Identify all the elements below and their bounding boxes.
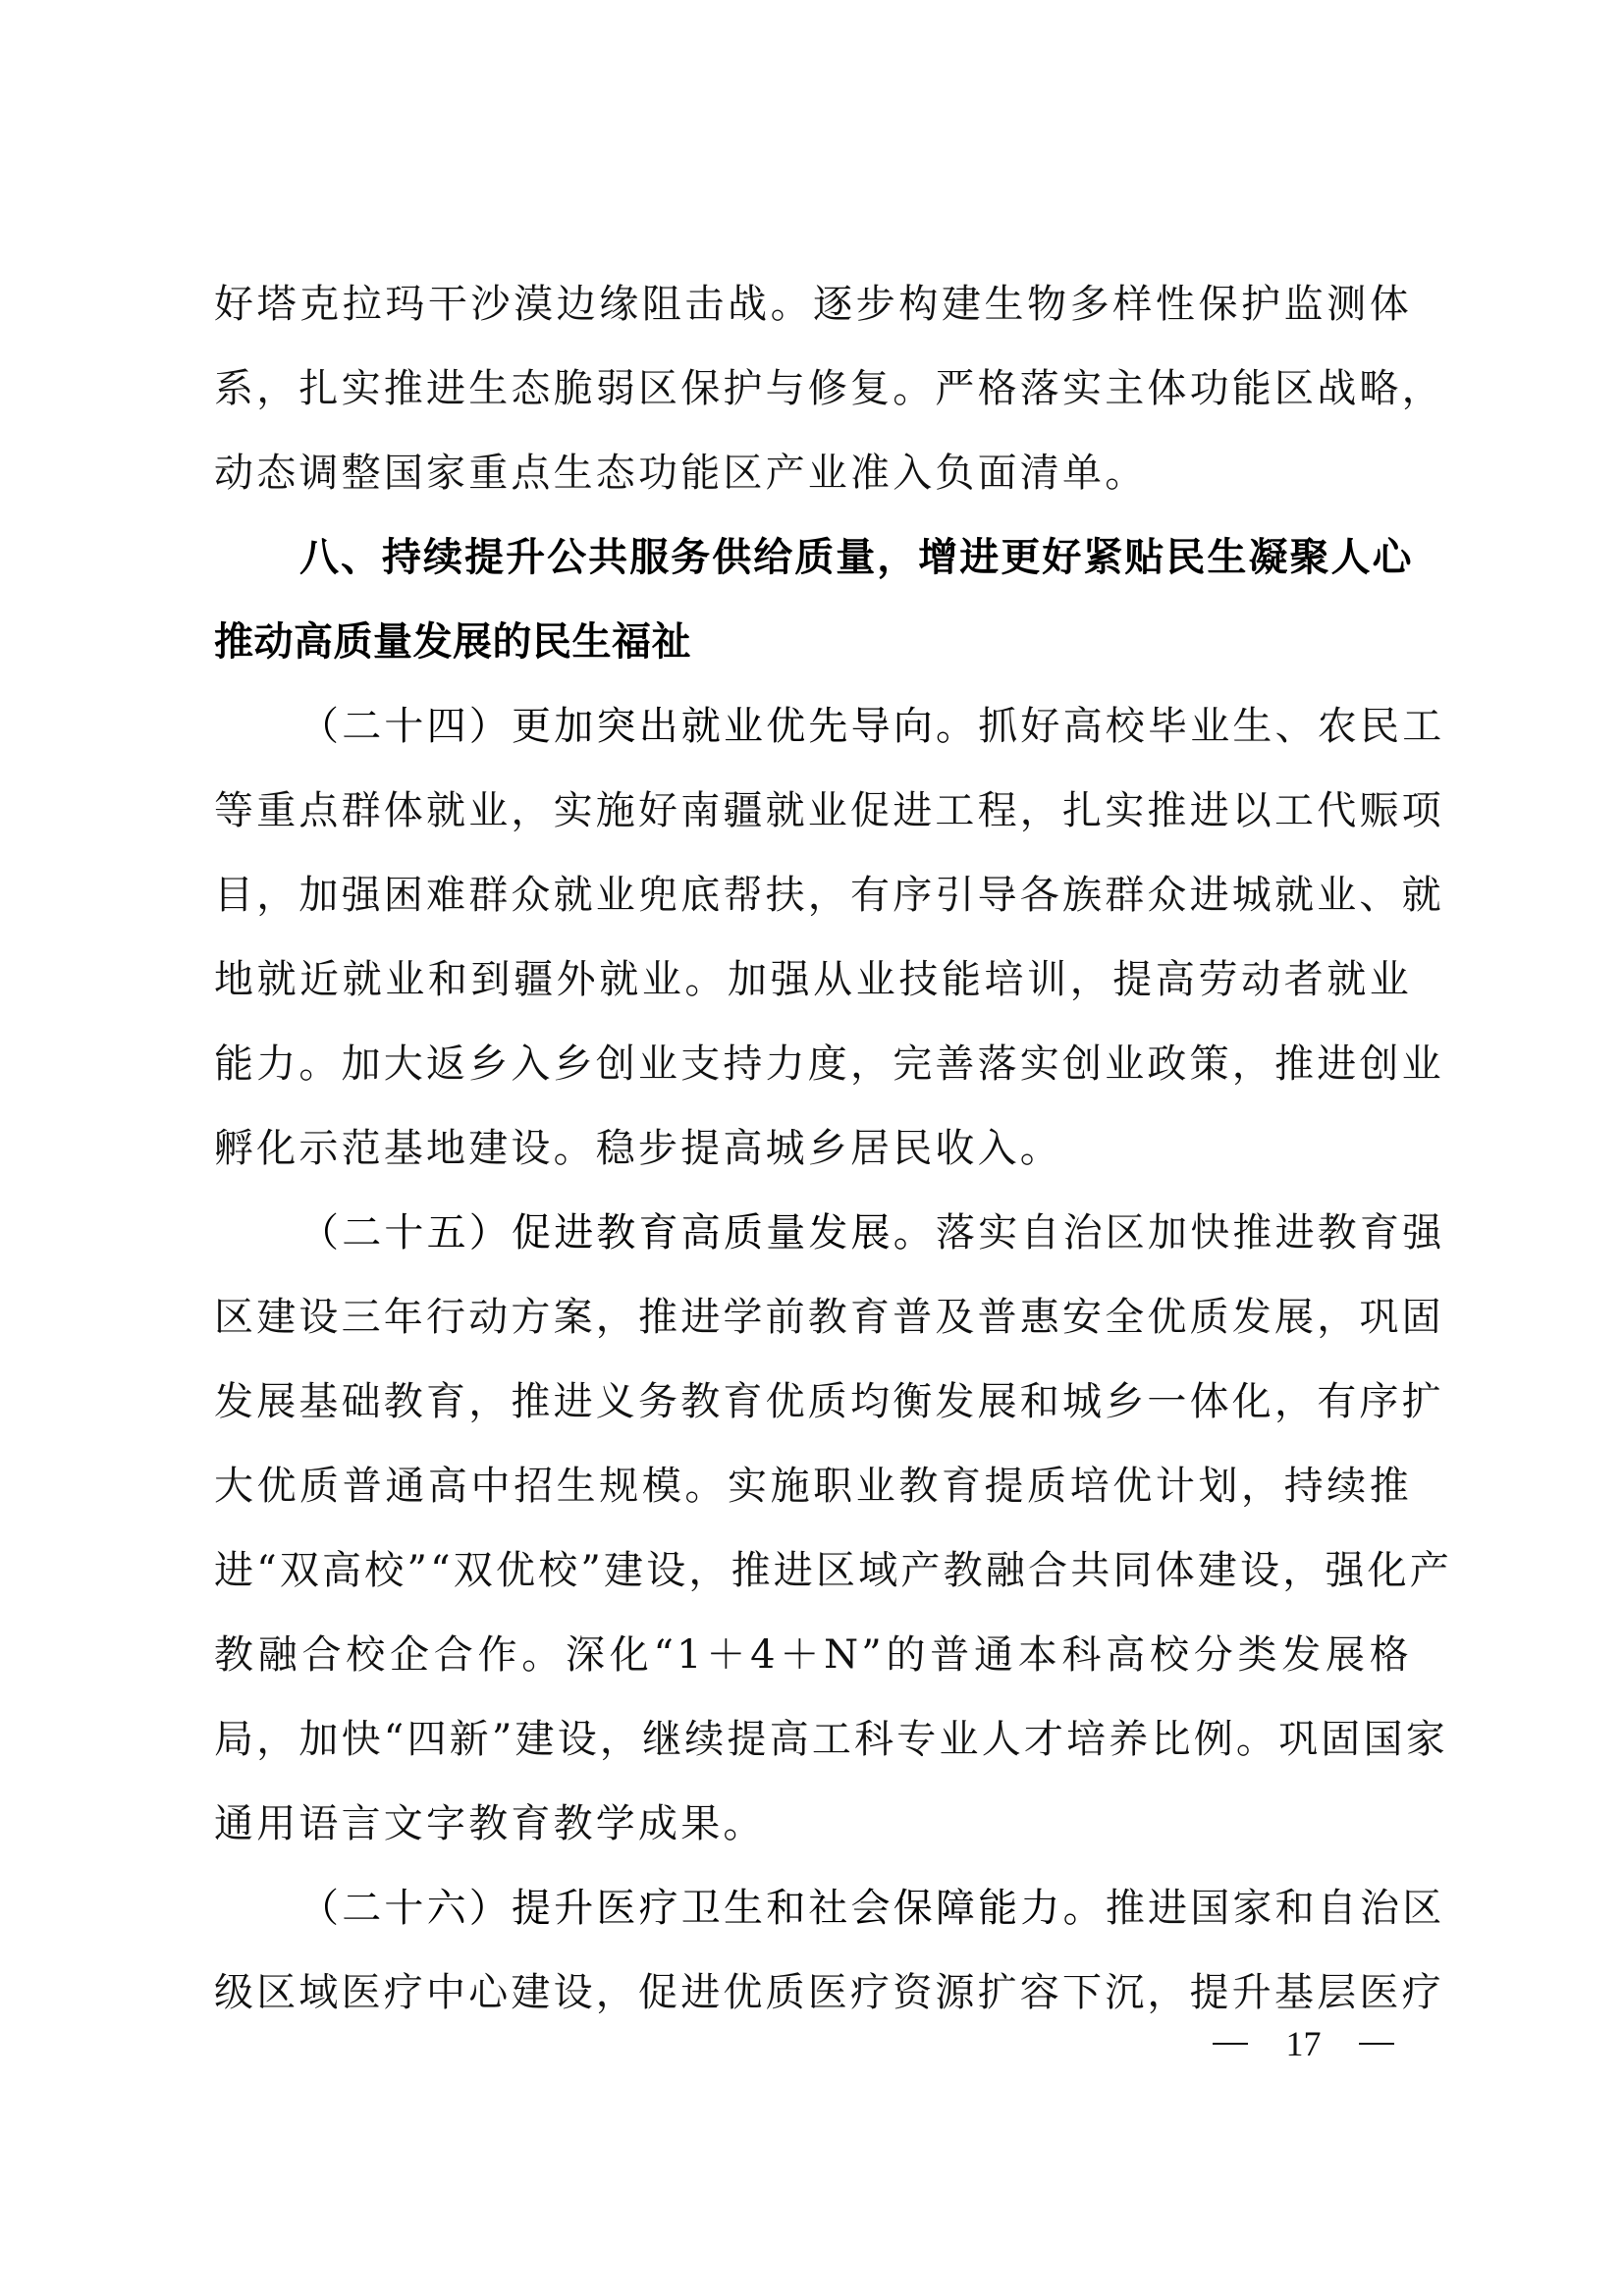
subsection-first-line: （二十五）促进教育高质量发展。落实自治区加快推进教育强: [214, 1191, 1412, 1275]
subsection-first-line: （二十四）更加突出就业优先导向。抓好高校毕业生、农民工: [214, 684, 1412, 769]
text-line: 大优质普通高中招生规模。实施职业教育提质培优计划，持续推: [214, 1444, 1412, 1528]
section-heading-line: 八、持续提升公共服务供给质量，增进更好紧贴民生凝聚人心: [214, 515, 1412, 600]
subsection-title: （二十四）更加突出就业优先导向。: [299, 704, 978, 748]
text-line: 发展基础教育，推进义务教育优质均衡发展和城乡一体化，有序扩: [214, 1360, 1412, 1444]
text-line: 地就近就业和到疆外就业。加强从业技能培训，提高劳动者就业: [214, 937, 1412, 1022]
text-run: 推进国家和自治区: [1106, 1886, 1445, 1931]
text-line: 能力。加大返乡入乡创业支持力度，完善落实创业政策，推进创业: [214, 1022, 1412, 1106]
text-line: 好塔克拉玛干沙漠边缘阻击战。逐步构建生物多样性保护监测体: [214, 262, 1412, 347]
page-number-value: 17: [1286, 2024, 1322, 2063]
text-line: 孵化示范基地建设。稳步提高城乡居民收入。: [214, 1106, 1412, 1191]
subsection-title: （二十六）提升医疗卫生和社会保障能力。: [299, 1886, 1106, 1930]
text-line: 级区域医疗中心建设，促进优质医疗资源扩容下沉，提升基层医疗: [214, 1950, 1412, 2035]
page-number: 17: [1213, 2024, 1394, 2063]
text-line: 动态调整国家重点生态功能区产业准入负面清单。: [214, 431, 1412, 515]
text-line: 局，加快“四新”建设，继续提高工科专业人才培养比例。巩固国家: [214, 1697, 1412, 1782]
text-line: 进“双高校”“双优校”建设，推进区域产教融合共同体建设，强化产: [214, 1528, 1412, 1613]
subsection-first-line: （二十六）提升医疗卫生和社会保障能力。推进国家和自治区: [214, 1866, 1412, 1950]
text-line: 目，加强困难群众就业兜底帮扶，有序引导各族群众进城就业、就: [214, 853, 1412, 937]
text-line: 系，扎实推进生态脆弱区保护与修复。严格落实主体功能区战略，: [214, 347, 1412, 431]
dash-right: [1359, 2043, 1394, 2045]
text-line: 教融合校企合作。深化“1＋4＋N”的普通本科高校分类发展格: [214, 1613, 1412, 1697]
dash-left: [1213, 2043, 1248, 2045]
text-line: 区建设三年行动方案，推进学前教育普及普惠安全优质发展，巩固: [214, 1275, 1412, 1360]
text-run: 落实自治区加快推进教育强: [936, 1210, 1444, 1255]
text-run: 抓好高校毕业生、农民工: [978, 704, 1444, 749]
section-heading-line: 推动高质量发展的民生福祉: [214, 600, 1412, 684]
text-line: 通用语言文字教育教学成果。: [214, 1782, 1412, 1866]
document-page: 好塔克拉玛干沙漠边缘阻击战。逐步构建生物多样性保护监测体 系，扎实推进生态脆弱区…: [214, 262, 1412, 2035]
text-line: 等重点群体就业，实施好南疆就业促进工程，扎实推进以工代赈项: [214, 769, 1412, 853]
subsection-title: （二十五）促进教育高质量发展。: [299, 1210, 936, 1255]
